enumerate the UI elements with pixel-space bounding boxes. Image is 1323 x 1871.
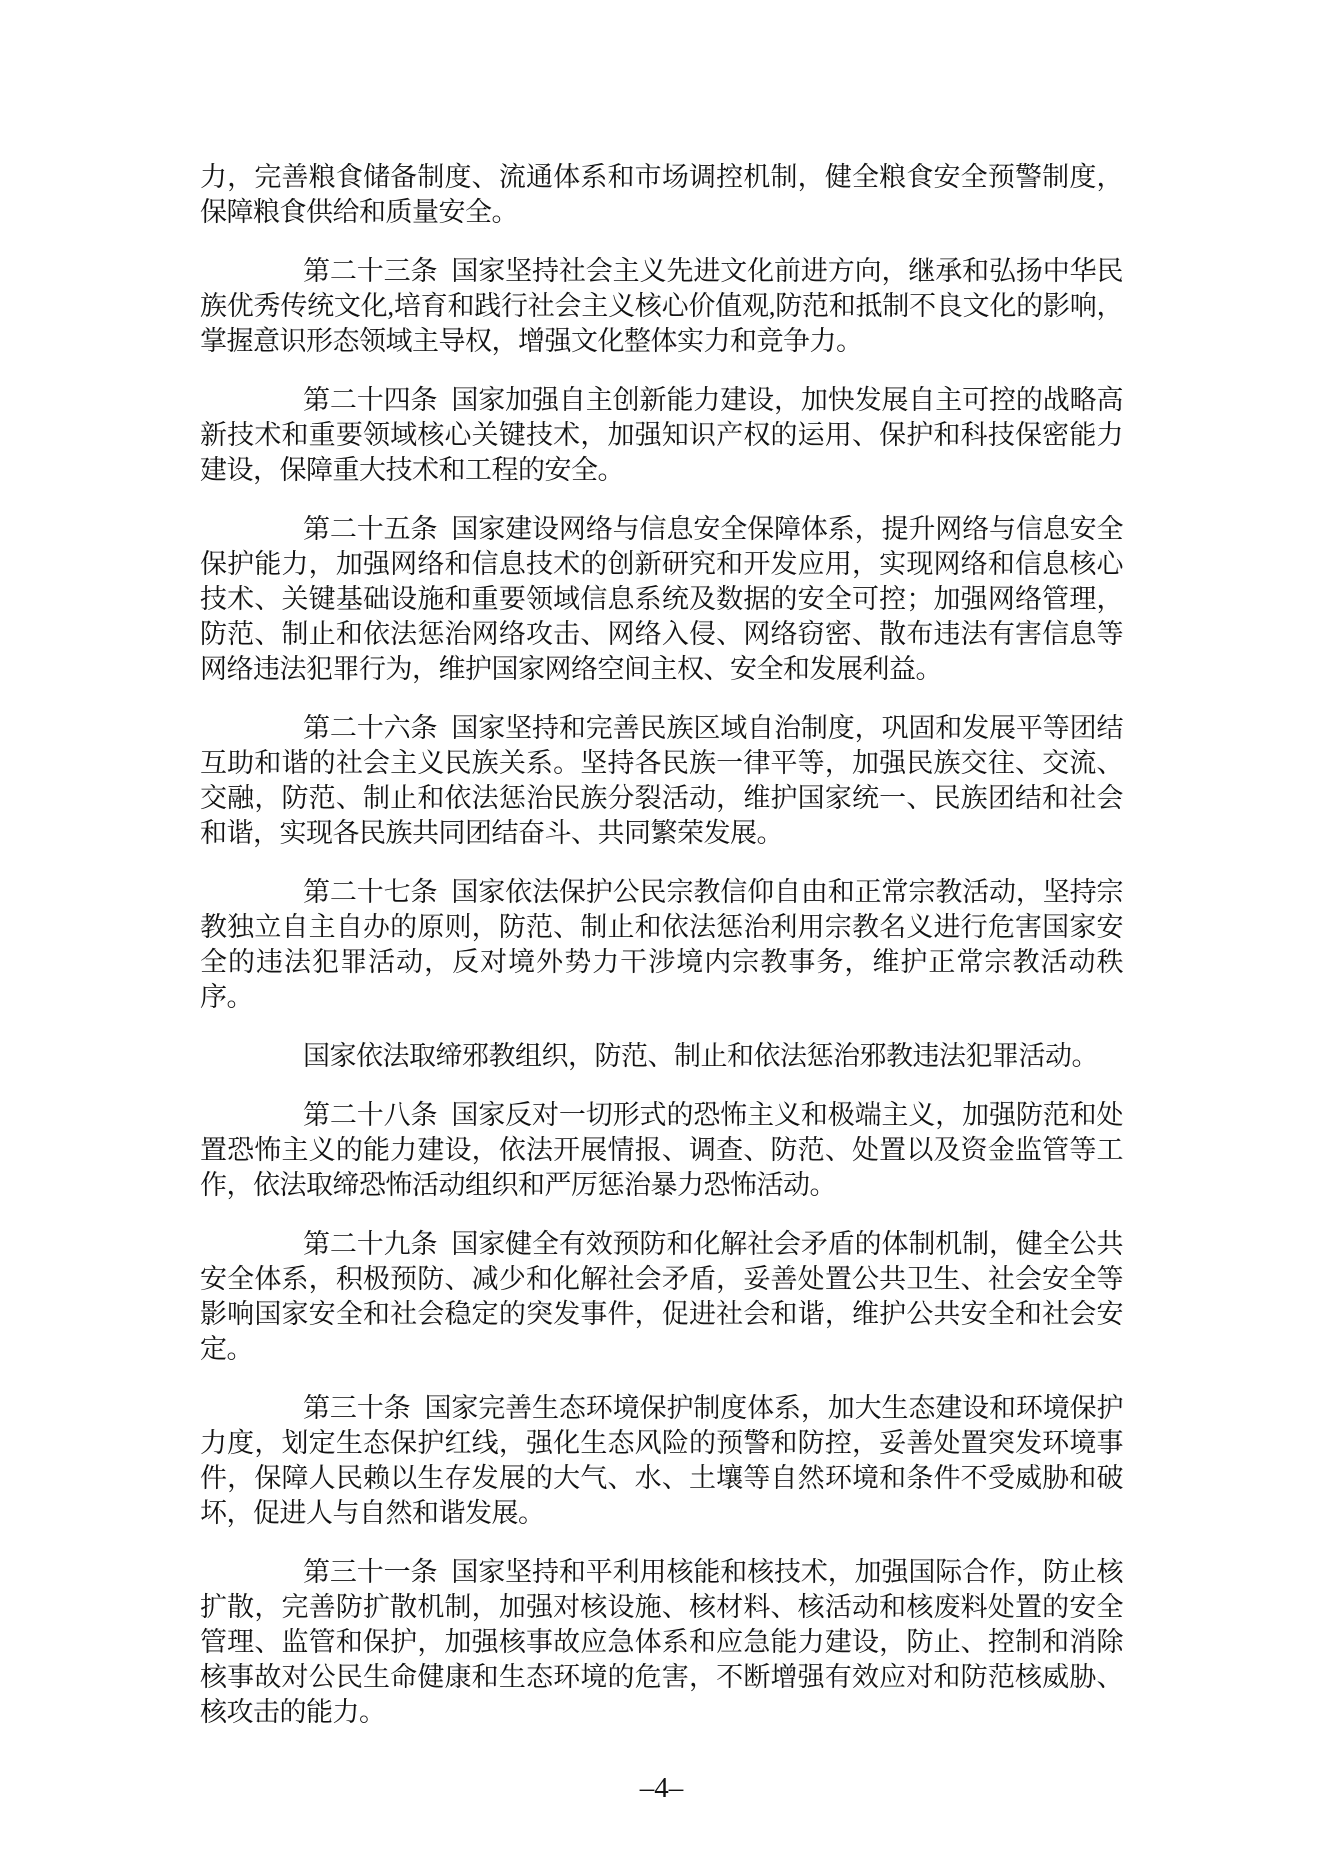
paragraph: 第三十一条国家坚持和平利用核能和核技术，加强国际合作，防止核扩散，完善防扩散机制…: [200, 1555, 1123, 1730]
paragraph-text: 力，完善粮食储备制度、流通体系和市场调控机制，健全粮食安全预警制度，保障粮食供给…: [200, 162, 1123, 227]
paragraph: 国家依法取缔邪教组织，防范、制止和依法惩治邪教违法犯罪活动。: [200, 1039, 1123, 1074]
paragraph: 第二十六条国家坚持和完善民族区域自治制度，巩固和发展平等团结互助和谐的社会主义民…: [200, 711, 1123, 851]
document-body: 力，完善粮食储备制度、流通体系和市场调控机制，健全粮食安全预警制度，保障粮食供给…: [200, 160, 1123, 1754]
page-number: –4–: [0, 1770, 1323, 1806]
article-number-label: 第二十九条: [303, 1229, 451, 1259]
article-number-label: 第二十六条: [303, 713, 451, 743]
paragraph: 第二十四条国家加强自主创新能力建设，加快发展自主可控的战略高新技术和重要领域核心…: [200, 383, 1123, 488]
article-number-label: 第二十八条: [303, 1100, 451, 1130]
article-number-label: 第二十七条: [303, 877, 451, 907]
paragraph-text: 国家依法取缔邪教组织，防范、制止和依法惩治邪教违法犯罪活动。: [303, 1041, 1098, 1071]
paragraph: 第二十五条国家建设网络与信息安全保障体系，提升网络与信息安全保护能力，加强网络和…: [200, 512, 1123, 687]
article-number-label: 第三十一条: [303, 1557, 451, 1587]
article-number-label: 第二十三条: [303, 256, 451, 286]
paragraph: 第二十三条国家坚持社会主义先进文化前进方向，继承和弘扬中华民族优秀传统文化,培育…: [200, 254, 1123, 359]
article-number-label: 第三十条: [303, 1393, 425, 1423]
paragraph: 第二十七条国家依法保护公民宗教信仰自由和正常宗教活动，坚持宗教独立自主自办的原则…: [200, 875, 1123, 1015]
paragraph: 第二十八条国家反对一切形式的恐怖主义和极端主义，加强防范和处置恐怖主义的能力建设…: [200, 1098, 1123, 1203]
paragraph: 第三十条国家完善生态环境保护制度体系，加大生态建设和环境保护力度，划定生态保护红…: [200, 1391, 1123, 1531]
paragraph: 第二十九条国家健全有效预防和化解社会矛盾的体制机制，健全公共安全体系，积极预防、…: [200, 1227, 1123, 1367]
document-page: 力，完善粮食储备制度、流通体系和市场调控机制，健全粮食安全预警制度，保障粮食供给…: [0, 0, 1323, 1871]
article-number-label: 第二十四条: [303, 385, 451, 415]
paragraph: 力，完善粮食储备制度、流通体系和市场调控机制，健全粮食安全预警制度，保障粮食供给…: [200, 160, 1123, 230]
article-number-label: 第二十五条: [303, 514, 451, 544]
